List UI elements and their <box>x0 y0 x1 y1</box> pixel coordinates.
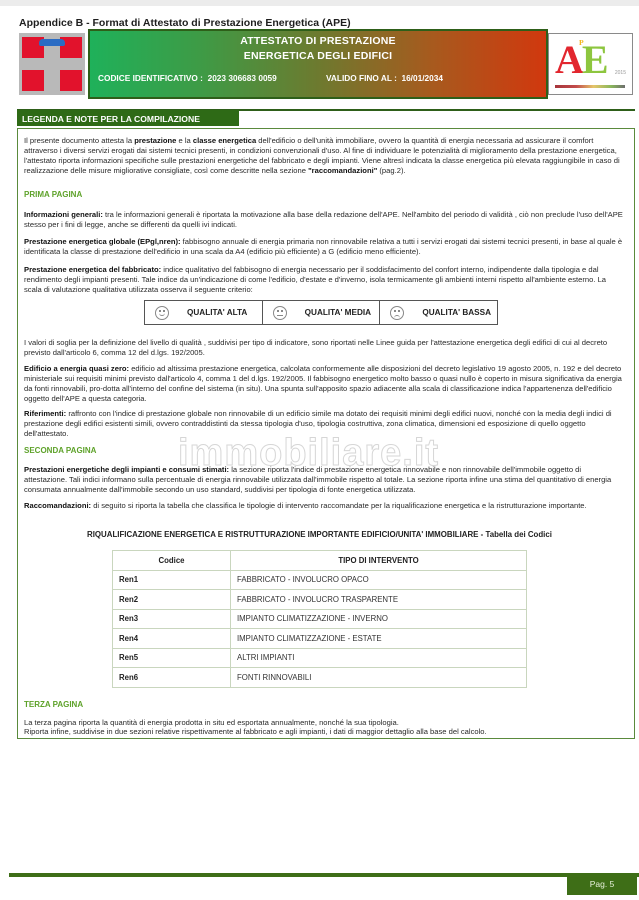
terza-pagina-line2: Riporta infine, suddivise in due sezioni… <box>24 727 624 737</box>
regione-piemonte-logo <box>19 33 85 95</box>
section-heading-prima-pagina: PRIMA PAGINA <box>24 190 82 199</box>
ape-logo: APE 2015 <box>548 33 633 95</box>
section-heading-seconda-pagina: SECONDA PAGINA <box>24 446 96 455</box>
prestazione-fabbricato-paragraph: Prestazione energetica del fabbricato: i… <box>24 265 624 295</box>
info-generali-paragraph: Informazioni generali: tra le informazio… <box>24 210 624 230</box>
column-header-codice: Codice <box>113 551 231 571</box>
smiley-neutral-icon <box>273 306 287 320</box>
quality-high: QUALITA' ALTA <box>145 301 262 324</box>
appendix-title: Appendice B - Format di Attestato di Pre… <box>19 17 351 29</box>
ape-logo-stripe <box>555 85 625 88</box>
raccomandazioni-paragraph: Raccomandazioni: di seguito si riporta l… <box>24 501 624 511</box>
table-row: Ren6FONTI RINNOVABILI <box>113 668 527 688</box>
impianti-paragraph: Prestazioni energetiche degli impianti e… <box>24 465 624 495</box>
valid-label: VALIDO FINO AL : <box>326 73 397 83</box>
quasi-zero-paragraph: Edificio a energia quasi zero: edificio … <box>24 364 624 404</box>
crown-icon <box>39 39 65 46</box>
table-row: Ren2FABBRICATO - INVOLUCRO TRASPARENTE <box>113 590 527 610</box>
valid-value: 16/01/2034 <box>401 73 443 83</box>
quality-medium: QUALITA' MEDIA <box>262 301 380 324</box>
code-value: 2023 306683 0059 <box>208 73 277 83</box>
quality-scale: QUALITA' ALTA QUALITA' MEDIA QUALITA' BA… <box>144 300 498 325</box>
logo-square <box>60 70 82 91</box>
table-row: Ren1FABBRICATO - INVOLUCRO OPACO <box>113 570 527 590</box>
ape-logo-letters: APE <box>555 38 607 82</box>
prestazione-globale-paragraph: Prestazione energetica globale (EPgl,nre… <box>24 237 624 257</box>
page-number-badge: Pag. 5 <box>567 873 637 895</box>
certificate-title-band: ATTESTATO DI PRESTAZIONE ENERGETICA DEGL… <box>88 29 548 99</box>
soglia-paragraph: I valori di soglia per la definizione de… <box>24 338 624 358</box>
smiley-sad-icon <box>390 306 404 320</box>
ape-logo-year: 2015 <box>615 70 626 76</box>
certificate-title-line2: ENERGETICA DEGLI EDIFICI <box>90 50 546 62</box>
table-row: Ren3IMPIANTO CLIMATIZZAZIONE - INVERNO <box>113 609 527 629</box>
section-heading-terza-pagina: TERZA PAGINA <box>24 700 83 709</box>
intro-paragraph: Il presente documento attesta la prestaz… <box>24 136 624 176</box>
code-label: CODICE IDENTIFICATIVO : <box>98 73 203 83</box>
valid-until: VALIDO FINO AL : 16/01/2034 <box>326 73 443 83</box>
table-row: Ren5ALTRI IMPIANTI <box>113 648 527 668</box>
logo-square <box>22 70 44 91</box>
footer-rule <box>9 873 639 877</box>
table-row: Ren4IMPIANTO CLIMATIZZAZIONE - ESTATE <box>113 629 527 649</box>
top-bar <box>0 0 639 6</box>
column-header-tipo: TIPO DI INTERVENTO <box>231 551 527 571</box>
codes-table-title: RIQUALIFICAZIONE ENERGETICA E RISTRUTTUR… <box>0 530 639 539</box>
table-header-row: Codice TIPO DI INTERVENTO <box>113 551 527 571</box>
smiley-happy-icon <box>155 306 169 320</box>
certificate-title-line1: ATTESTATO DI PRESTAZIONE <box>90 35 546 47</box>
legend-tab: LEGENDA E NOTE PER LA COMPILAZIONE <box>17 110 239 126</box>
code-identifier: CODICE IDENTIFICATIVO : 2023 306683 0059 <box>98 73 277 83</box>
quality-low: QUALITA' BASSA <box>379 301 497 324</box>
codes-table: Codice TIPO DI INTERVENTO Ren1FABBRICATO… <box>112 550 527 688</box>
